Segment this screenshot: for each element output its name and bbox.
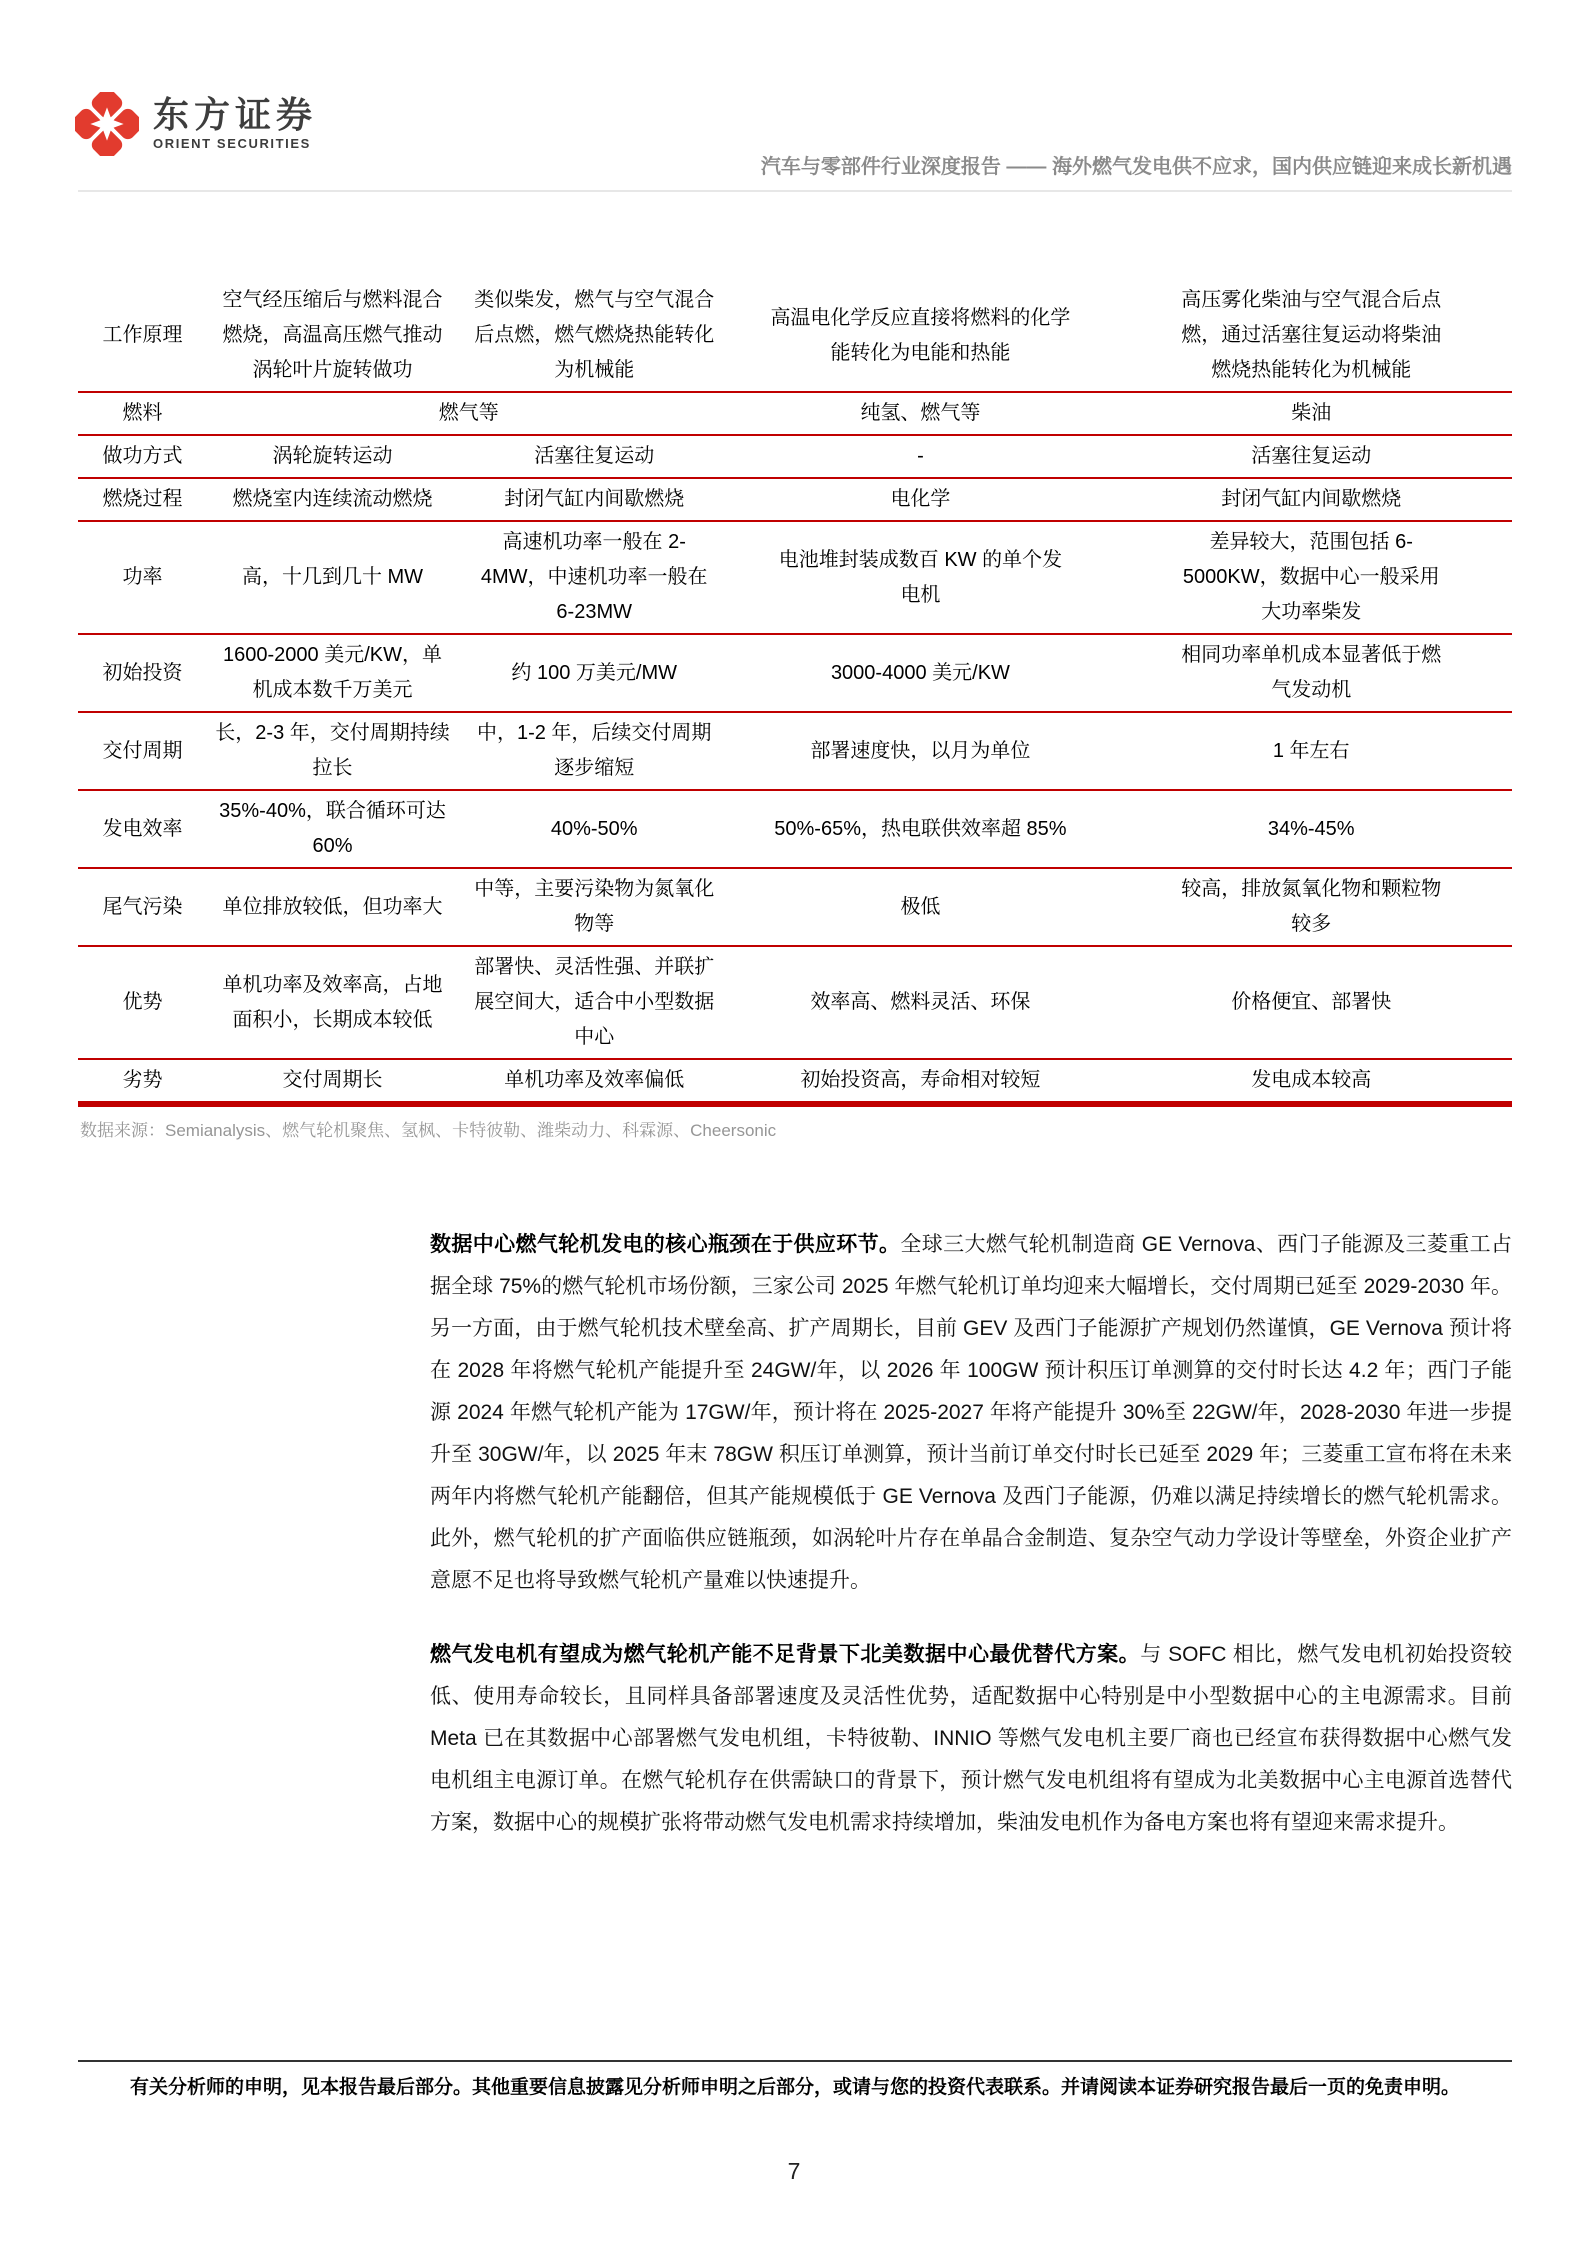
logo-cn-text: 东方证券 bbox=[153, 95, 317, 135]
table-cell: 单位排放较低，但功率大 bbox=[207, 868, 458, 946]
table-cell: 34%-45% bbox=[1110, 790, 1512, 868]
paragraph-rest: 全球三大燃气轮机制造商 GE Vernova、西门子能源及三菱重工占据全球 75… bbox=[430, 1233, 1512, 1592]
table-cell: 封闭气缸内间歇燃烧 bbox=[1110, 478, 1512, 521]
table-row: 劣势交付周期长单机功率及效率偏低初始投资高，寿命相对较短发电成本较高 bbox=[78, 1059, 1512, 1104]
row-label: 尾气污染 bbox=[78, 868, 207, 946]
body-paragraphs: 数据中心燃气轮机发电的核心瓶颈在于供应环节。全球三大燃气轮机制造商 GE Ver… bbox=[430, 1224, 1512, 1844]
power-tech-comparison-table: 工作原理空气经压缩后与燃料混合燃烧，高温高压燃气推动涡轮叶片旋转做功类似柴发，燃… bbox=[78, 280, 1512, 1107]
table-cell: 部署速度快，以月为单位 bbox=[730, 712, 1110, 790]
table-cell: 单机功率及效率高，占地面积小，长期成本较低 bbox=[207, 946, 458, 1059]
report-page: 东方证券 ORIENT SECURITIES 汽车与零部件行业深度报告 —— 海… bbox=[0, 0, 1588, 2245]
table-cell: 高，十几到几十 MW bbox=[207, 521, 458, 634]
table-cell: 发电成本较高 bbox=[1110, 1059, 1512, 1104]
table-row: 燃料燃气等纯氢、燃气等柴油 bbox=[78, 392, 1512, 435]
table-cell: 空气经压缩后与燃料混合燃烧，高温高压燃气推动涡轮叶片旋转做功 bbox=[207, 280, 458, 392]
table-cell: 约 100 万美元/MW bbox=[458, 634, 730, 712]
table-row: 功率高，十几到几十 MW高速机功率一般在 2-4MW，中速机功率一般在 6-23… bbox=[78, 521, 1512, 634]
footer-disclaimer: 有关分析师的申明，见本报告最后部分。其他重要信息披露见分析师申明之后部分，或请与… bbox=[78, 2072, 1512, 2099]
table-row: 优势单机功率及效率高，占地面积小，长期成本较低部署快、灵活性强、并联扩展空间大，… bbox=[78, 946, 1512, 1059]
table-cell: 初始投资高，寿命相对较短 bbox=[730, 1059, 1110, 1104]
row-label: 优势 bbox=[78, 946, 207, 1059]
data-source-note: 数据来源：Semianalysis、燃气轮机聚焦、氢枫、卡特彼勒、潍柴动力、科霖… bbox=[80, 1116, 776, 1141]
table-cell: 活塞往复运动 bbox=[458, 435, 730, 478]
row-label: 功率 bbox=[78, 521, 207, 634]
table-row: 燃烧过程燃烧室内连续流动燃烧封闭气缸内间歇燃烧电化学封闭气缸内间歇燃烧 bbox=[78, 478, 1512, 521]
logo-mark-icon bbox=[75, 92, 139, 156]
logo-en-text: ORIENT SECURITIES bbox=[153, 135, 317, 153]
paragraph-gas-genset-alternative: 燃气发电机有望成为燃气轮机产能不足背景下北美数据中心最优替代方案。与 SOFC … bbox=[430, 1634, 1512, 1844]
row-label: 劣势 bbox=[78, 1059, 207, 1104]
paragraph-lead: 燃气发电机有望成为燃气轮机产能不足背景下北美数据中心最优替代方案。 bbox=[430, 1643, 1140, 1666]
row-label: 初始投资 bbox=[78, 634, 207, 712]
table-cell: 较高，排放氮氧化物和颗粒物较多 bbox=[1110, 868, 1512, 946]
table-cell: 活塞往复运动 bbox=[1110, 435, 1512, 478]
table-row: 工作原理空气经压缩后与燃料混合燃烧，高温高压燃气推动涡轮叶片旋转做功类似柴发，燃… bbox=[78, 280, 1512, 392]
row-label: 燃料 bbox=[78, 392, 207, 435]
table-cell: 1600-2000 美元/KW，单机成本数千万美元 bbox=[207, 634, 458, 712]
footer-divider bbox=[78, 2060, 1512, 2062]
table-cell: 燃烧室内连续流动燃烧 bbox=[207, 478, 458, 521]
table-cell: 中等，主要污染物为氮氧化物等 bbox=[458, 868, 730, 946]
table-cell: 极低 bbox=[730, 868, 1110, 946]
page-number: 7 bbox=[0, 2158, 1588, 2185]
table-cell: 40%-50% bbox=[458, 790, 730, 868]
table-cell: 燃气等 bbox=[207, 392, 730, 435]
row-label: 工作原理 bbox=[78, 280, 207, 392]
table-cell: 3000-4000 美元/KW bbox=[730, 634, 1110, 712]
table-cell: 相同功率单机成本显著低于燃气发动机 bbox=[1110, 634, 1512, 712]
table-cell: 单机功率及效率偏低 bbox=[458, 1059, 730, 1104]
table-cell: 电池堆封装成数百 KW 的单个发电机 bbox=[730, 521, 1110, 634]
table-cell: 涡轮旋转运动 bbox=[207, 435, 458, 478]
logo-text: 东方证券 ORIENT SECURITIES bbox=[153, 95, 317, 153]
table-cell: 高温电化学反应直接将燃料的化学能转化为电能和热能 bbox=[730, 280, 1110, 392]
report-header-title: 汽车与零部件行业深度报告 —— 海外燃气发电供不应求，国内供应链迎来成长新机遇 bbox=[761, 150, 1512, 179]
table-cell: 长，2-3 年，交付周期持续拉长 bbox=[207, 712, 458, 790]
table-cell: 效率高、燃料灵活、环保 bbox=[730, 946, 1110, 1059]
table-cell: 35%-40%，联合循环可达 60% bbox=[207, 790, 458, 868]
row-label: 发电效率 bbox=[78, 790, 207, 868]
table-cell: 1 年左右 bbox=[1110, 712, 1512, 790]
table-row: 做功方式涡轮旋转运动活塞往复运动-活塞往复运动 bbox=[78, 435, 1512, 478]
paragraph-supply-bottleneck: 数据中心燃气轮机发电的核心瓶颈在于供应环节。全球三大燃气轮机制造商 GE Ver… bbox=[430, 1224, 1512, 1602]
table-cell: 类似柴发，燃气与空气混合后点燃，燃气燃烧热能转化为机械能 bbox=[458, 280, 730, 392]
table-row: 交付周期长，2-3 年，交付周期持续拉长中，1-2 年，后续交付周期逐步缩短部署… bbox=[78, 712, 1512, 790]
table-cell: 柴油 bbox=[1110, 392, 1512, 435]
table-row: 尾气污染单位排放较低，但功率大中等，主要污染物为氮氧化物等极低较高，排放氮氧化物… bbox=[78, 868, 1512, 946]
table-cell: 50%-65%，热电联供效率超 85% bbox=[730, 790, 1110, 868]
table-cell: 交付周期长 bbox=[207, 1059, 458, 1104]
table-cell: 部署快、灵活性强、并联扩展空间大，适合中小型数据中心 bbox=[458, 946, 730, 1059]
table-row: 初始投资1600-2000 美元/KW，单机成本数千万美元约 100 万美元/M… bbox=[78, 634, 1512, 712]
table-cell: 纯氢、燃气等 bbox=[730, 392, 1110, 435]
row-label: 燃烧过程 bbox=[78, 478, 207, 521]
table-cell: 电化学 bbox=[730, 478, 1110, 521]
table-cell: 价格便宜、部署快 bbox=[1110, 946, 1512, 1059]
table-row: 发电效率35%-40%，联合循环可达 60%40%-50%50%-65%，热电联… bbox=[78, 790, 1512, 868]
table-cell: 中，1-2 年，后续交付周期逐步缩短 bbox=[458, 712, 730, 790]
table-cell: 封闭气缸内间歇燃烧 bbox=[458, 478, 730, 521]
row-label: 做功方式 bbox=[78, 435, 207, 478]
table-cell: - bbox=[730, 435, 1110, 478]
header-divider bbox=[78, 190, 1512, 192]
table-cell: 高速机功率一般在 2-4MW，中速机功率一般在 6-23MW bbox=[458, 521, 730, 634]
paragraph-rest: 与 SOFC 相比，燃气发电机初始投资较低、使用寿命较长，且同样具备部署速度及灵… bbox=[430, 1643, 1512, 1834]
orient-securities-logo: 东方证券 ORIENT SECURITIES bbox=[75, 92, 317, 156]
table-cell: 差异较大，范围包括 6-5000KW，数据中心一般采用大功率柴发 bbox=[1110, 521, 1512, 634]
table-cell: 高压雾化柴油与空气混合后点燃，通过活塞往复运动将柴油燃烧热能转化为机械能 bbox=[1110, 280, 1512, 392]
paragraph-lead: 数据中心燃气轮机发电的核心瓶颈在于供应环节。 bbox=[430, 1233, 900, 1256]
row-label: 交付周期 bbox=[78, 712, 207, 790]
